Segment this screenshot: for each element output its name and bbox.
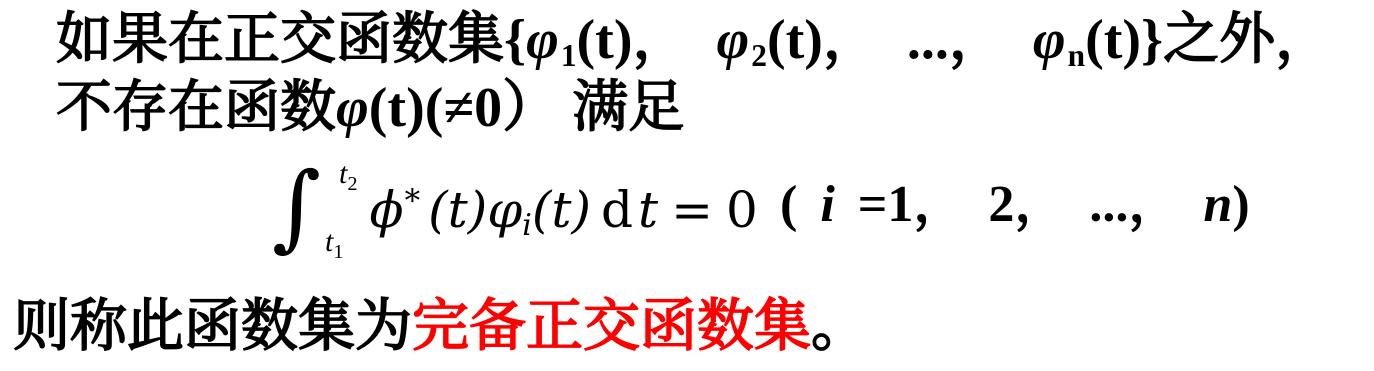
phi-i-subscript: i [522,208,532,243]
phi-2-subscript: 2 [751,38,767,73]
phi-n-subscript: n [1068,38,1085,73]
phi-1-argument: (t)， [577,9,717,71]
differential-d: d [601,181,633,239]
integrand-argument-1: (t) [428,181,487,239]
line1-pre-text: 如果在正交函数集{ [56,9,526,71]
line1-post-text: 之外， [1163,9,1331,71]
phi-i-symbol: φ [487,181,522,239]
phi-symbol: φ [336,77,369,139]
condition-open-paren: ( [780,176,820,233]
upper-limit-subscript: 2 [347,173,357,195]
integral-formula: ∫ t2 t1 ϕ*(t)φi(t)dt=0 [272,156,758,260]
integrand-expression: ϕ*(t)φi(t)dt=0 [370,181,758,239]
intro-line-2: 不存在函数φ(t)(≠0） 满足 [56,75,684,141]
lower-limit: t1 [325,227,358,257]
phi-n-symbol: φ [1033,9,1066,71]
phi-n-argument: (t)} [1085,9,1163,71]
condition-last-variable: n [1203,176,1232,233]
line2-pre-text: 不存在函数 [56,77,336,139]
index-condition: ( i =1， 2， ...， n) [780,176,1250,233]
equals-sign: = [671,181,713,239]
condition-values: =1， 2， ...， [835,176,1204,233]
condition-close-paren: ) [1232,176,1249,233]
conclusion-highlight-term: 完备正交函数集 [412,294,811,358]
integrand-argument-2: (t) [532,181,591,239]
phi-conjugate-symbol: ϕ [370,181,404,239]
integral-limits: t2 t1 [325,159,358,257]
condition-index-variable: i [820,176,834,233]
formula-result: 0 [726,181,758,239]
phi-1-symbol: φ [526,9,559,71]
conclusion-prefix-text: 则称此函数集为 [13,295,412,358]
upper-limit: t2 [325,159,358,189]
phi-2-argument-ellipsis: (t)， ...， [767,9,1033,71]
line2-post-text: (t)(≠0） 满足 [369,77,684,139]
conclusion-period: 。 [811,295,868,358]
differential-variable: t [638,181,658,239]
conjugate-star-superscript: * [405,183,421,219]
intro-line-1: 如果在正交函数集{φ1(t)， φ2(t)， ...， φn(t)}之外， [56,7,1331,73]
slide-canvas: 如果在正交函数集{φ1(t)， φ2(t)， ...， φn(t)}之外， 不存… [0,0,1374,371]
phi-2-symbol: φ [716,9,749,71]
integral-sign: ∫ [272,166,321,251]
phi-1-subscript: 1 [561,38,577,73]
conclusion-line: 则称此函数集为完备正交函数集。 [13,293,868,360]
lower-limit-subscript: 1 [333,241,343,263]
